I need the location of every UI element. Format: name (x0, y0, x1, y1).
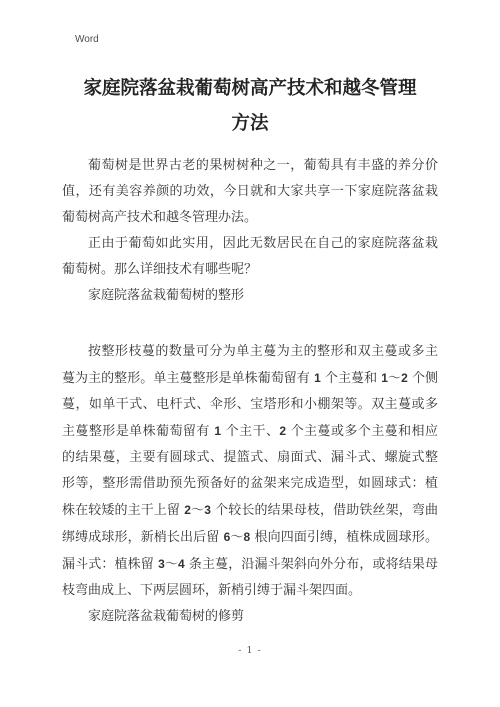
body-paragraph-shaping-detail: 按整形枝蔓的数量可分为单主蔓为主的整形和双主蔓或多主蔓为主的整形。单主蔓整形是单… (62, 339, 438, 604)
page-number: - 1 - (0, 645, 500, 656)
section-heading-pruning: 家庭院落盆栽葡萄树的修剪 (62, 604, 438, 630)
app-label: Word (75, 34, 438, 46)
body-paragraph-why: 正由于葡萄如此实用，因此无数居民在自己的家庭院落盆栽葡萄树。那么详细技术有哪些呢… (62, 231, 438, 283)
document-page: Word 家庭院落盆栽葡萄树高产技术和越冬管理 方法 葡萄树是世界古老的果树树种… (0, 0, 500, 707)
document-title-line-1: 家庭院落盆栽葡萄树高产技术和越冬管理 (62, 71, 438, 106)
body-paragraph-intro: 葡萄树是世界古老的果树树种之一，葡萄具有丰盛的养分价值，还有美容养颜的功效，今日… (62, 153, 438, 231)
section-heading-shaping: 家庭院落盆栽葡萄树的整形 (62, 283, 438, 309)
document-title-line-2: 方法 (62, 106, 438, 141)
document-title: 家庭院落盆栽葡萄树高产技术和越冬管理 方法 (62, 71, 438, 141)
